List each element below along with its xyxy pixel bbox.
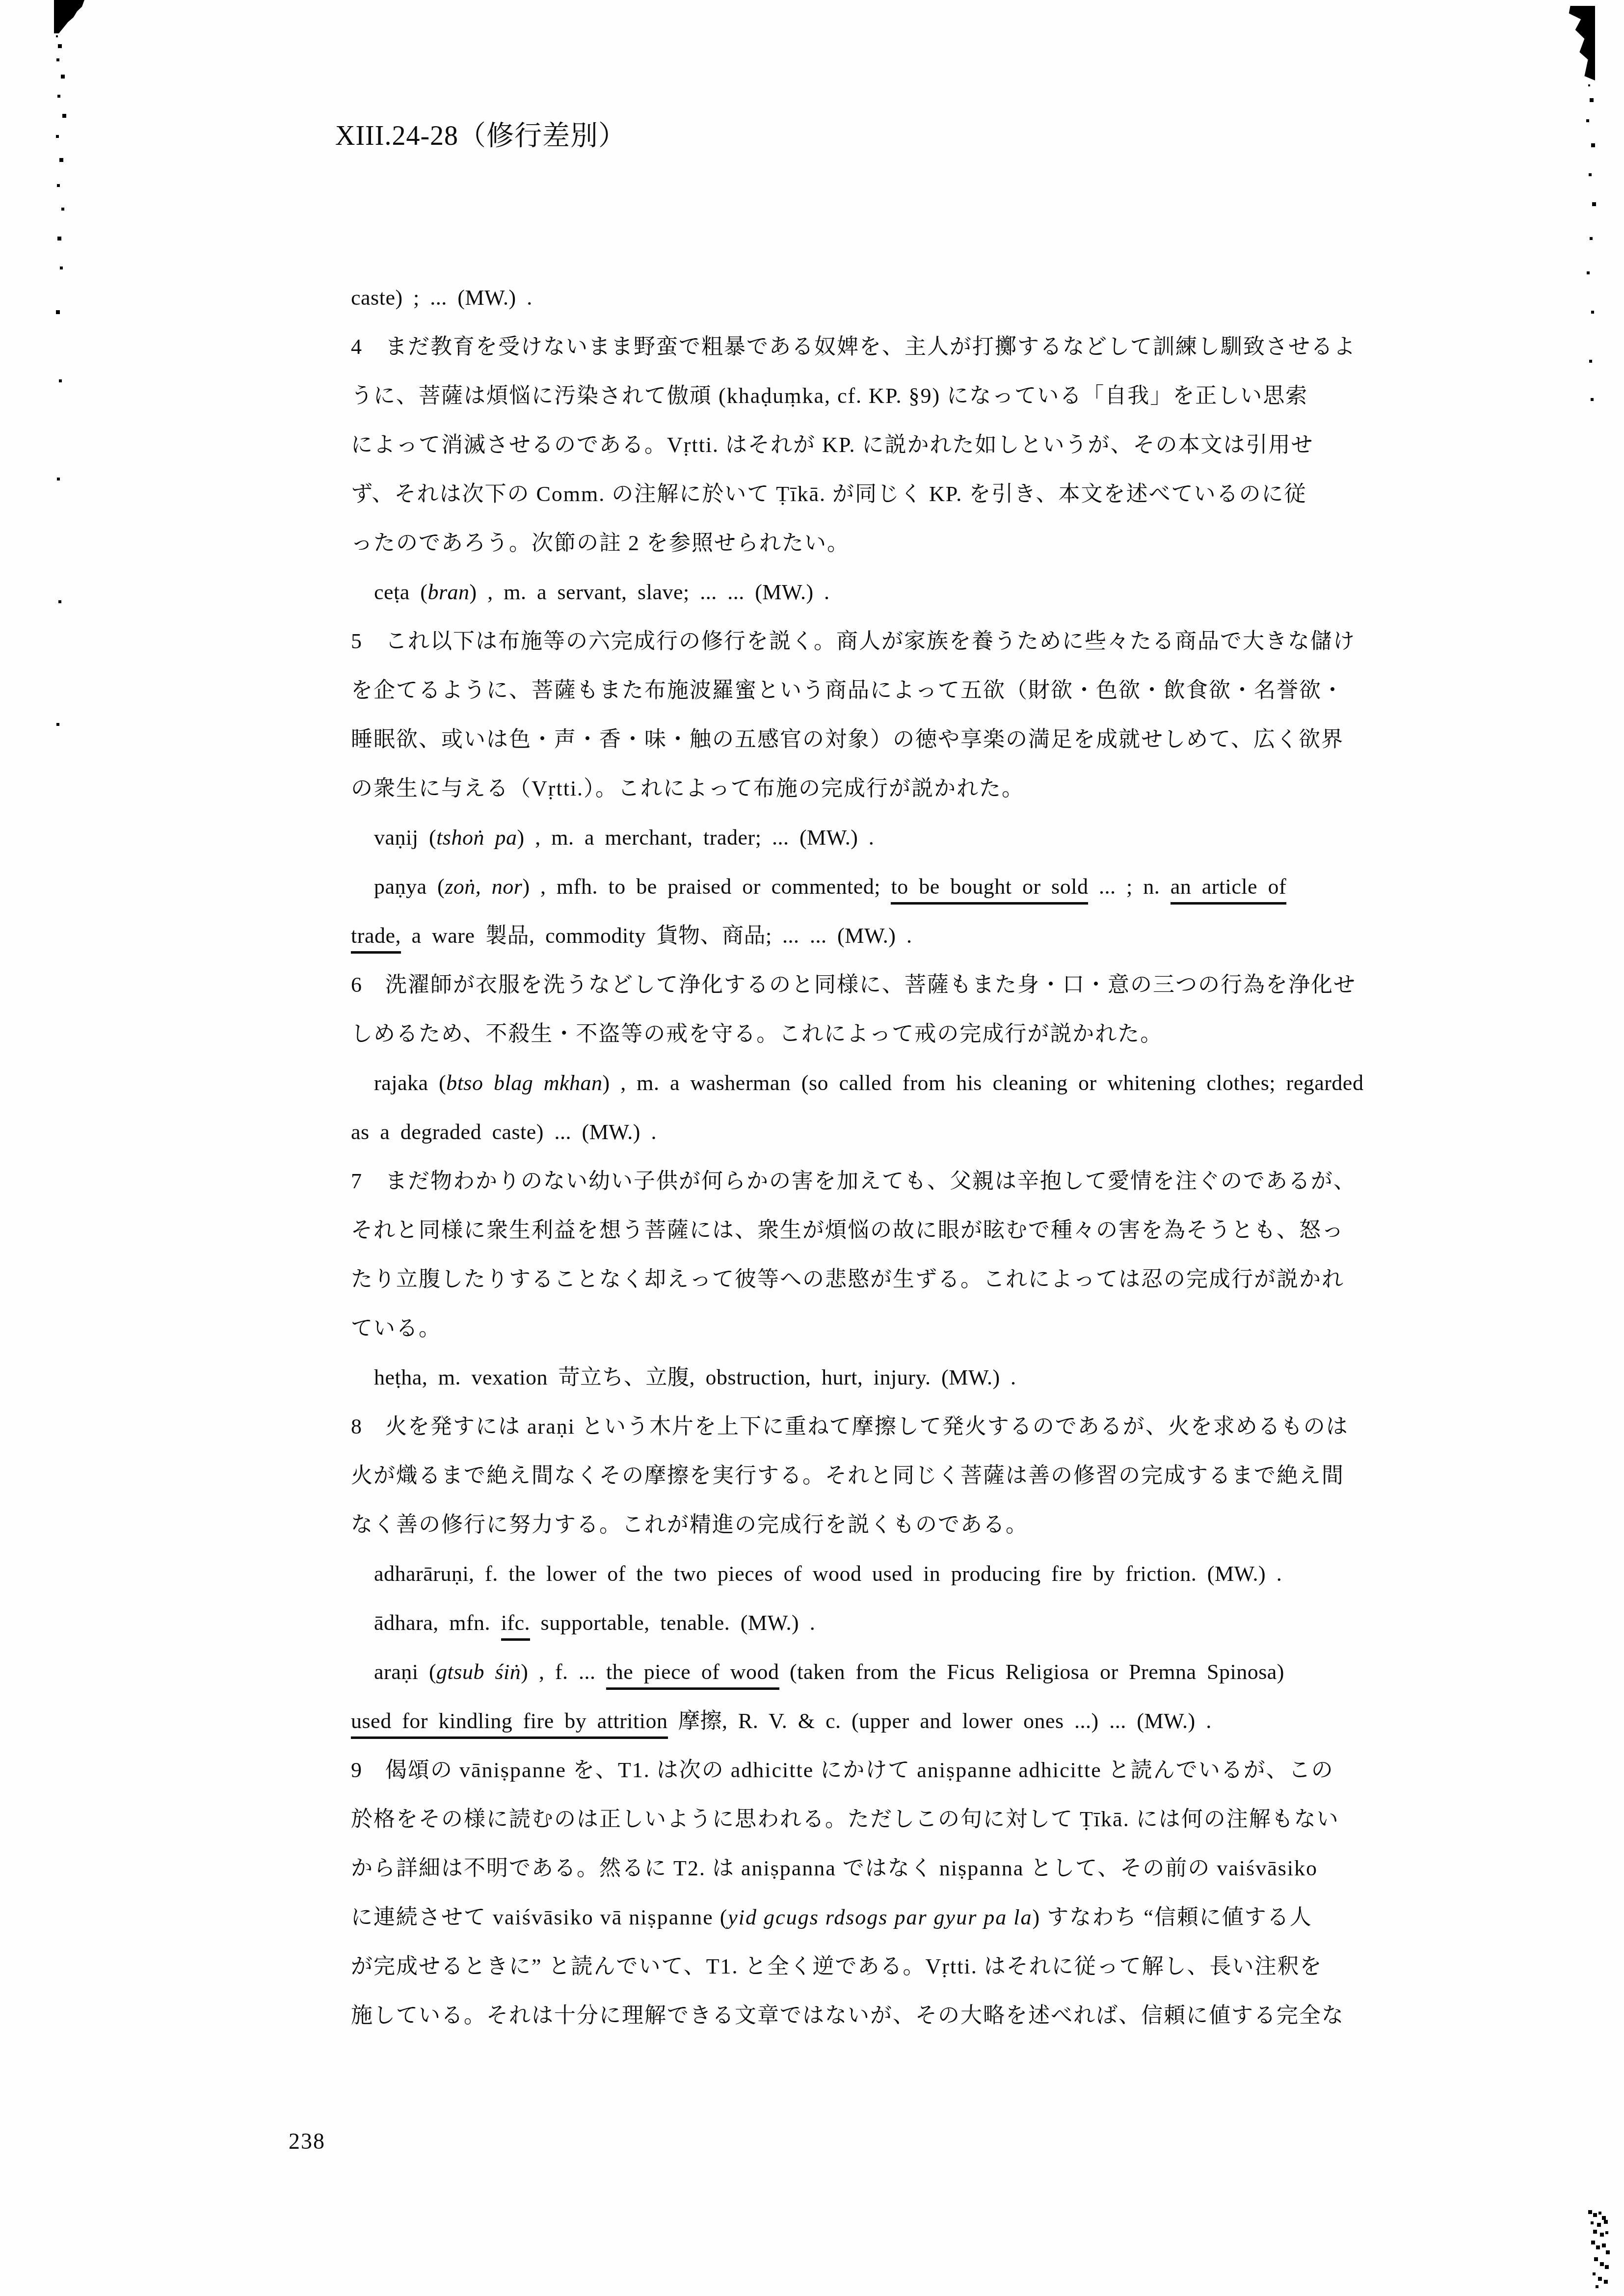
text-segment: heṭha, m. vexation 苛立ち、立腹, obstruction, …	[374, 1365, 1016, 1389]
text-segment: の衆生に与える（Vṛtti.）。これによって布施の完成行が説かれた。	[351, 776, 1024, 801]
scan-speckles-bottom-right	[1589, 2211, 1591, 2213]
text-line: 9 偈頌の vāniṣpanne を、T1. は次の adhicitte にかけ…	[351, 1760, 1334, 1781]
text-line: うに、菩薩は煩悩に汚染されて傲頑 (khaḍuṃka, cf. KP. §9) …	[351, 385, 1308, 407]
text-line: ったのであろう。次節の註 2 を参照せられたい。	[351, 533, 850, 554]
document-page: XIII.24-28（修行差別） caste) ; ... (MW.) .4 ま…	[0, 0, 1624, 2296]
tibetan-transliteration: bran	[427, 580, 469, 604]
text-segment: によって消滅させるのである。Vṛtti. はそれが KP. に説かれた如しという…	[351, 433, 1313, 457]
underlined-term: ifc.	[501, 1611, 530, 1641]
text-line: rajaka (btso blag mkhan) , m. a washerma…	[374, 1072, 1363, 1094]
text-segment: ) , m. a merchant, trader; ... (MW.) .	[517, 826, 875, 850]
text-line: に連続させて vaiśvāsiko vā niṣpanne (yid gcugs…	[351, 1907, 1312, 1928]
text-line: ceṭa (bran) , m. a servant, slave; ... .…	[374, 582, 830, 603]
text-segment: 5 これ以下は布施等の六完成行の修行を説く。商人が家族を養うために些々たる商品で…	[351, 629, 1356, 653]
text-segment: ... ; n.	[1088, 875, 1170, 899]
text-line: araṇi (gtsub śiṅ) , f. ... the piece of …	[374, 1661, 1284, 1683]
text-segment: 9 偈頌の vāniṣpanne を、T1. は次の adhicitte にかけ…	[351, 1758, 1334, 1782]
text-segment: ) , f. ...	[521, 1660, 606, 1684]
underlined-term: to be bought or sold	[891, 875, 1088, 905]
text-line: から詳細は不明である。然るに T2. は aniṣpanna ではなく niṣp…	[351, 1858, 1318, 1879]
text-segment: ず、それは次下の Comm. の注解に於いて Ṭīkā. が同じく KP. を引…	[351, 482, 1307, 506]
text-line: によって消滅させるのである。Vṛtti. はそれが KP. に説かれた如しという…	[351, 434, 1313, 456]
tibetan-transliteration: yid gcugs rdsogs par gyur pa la	[728, 1905, 1032, 1929]
text-segment: paṇya (	[374, 875, 445, 899]
text-line: adharāruṇi, f. the lower of the two piec…	[374, 1563, 1282, 1585]
text-segment: a ware 製品, commodity 貨物、商品; ... ... (MW.…	[401, 924, 912, 948]
text-segment: adharāruṇi, f. the lower of the two piec…	[374, 1562, 1282, 1586]
text-segment: 摩擦, R. V. & c. (upper and lower ones ...…	[668, 1709, 1212, 1733]
text-segment: caste) ; ... (MW.) .	[351, 286, 532, 310]
text-line: vaṇij (tshoṅ pa) , m. a merchant, trader…	[374, 827, 874, 849]
text-segment: (taken from the Ficus Religiosa or Premn…	[779, 1660, 1284, 1684]
text-segment: ) , mfh. to be praised or commented;	[522, 875, 891, 899]
text-segment: 7 まだ物わかりのない幼い子供が何らかの害を加えても、父親は辛抱して愛情を注ぐの…	[351, 1169, 1356, 1193]
text-line: 5 これ以下は布施等の六完成行の修行を説く。商人が家族を養うために些々たる商品で…	[351, 631, 1356, 652]
tibetan-transliteration: btso blag mkhan	[446, 1071, 602, 1095]
text-line: なく善の修行に努力する。これが精進の完成行を説くものである。	[351, 1514, 1028, 1536]
text-line: の衆生に与える（Vṛtti.）。これによって布施の完成行が説かれた。	[351, 778, 1024, 800]
text-line: 8 火を発すには araṇi という木片を上下に重ねて摩擦して発火するのであるが…	[351, 1416, 1349, 1438]
text-line: が完成せるときに” と読んでいて、T1. と全く逆である。Vṛtti. はそれに…	[351, 1956, 1323, 1977]
text-segment: に連続させて vaiśvāsiko vā niṣpanne (	[351, 1905, 728, 1929]
underlined-term: the piece of wood	[606, 1660, 779, 1690]
scan-speckles-right-edge	[1588, 84, 1590, 86]
text-segment: それと同様に衆生利益を想う菩薩には、衆生が煩悩の故に眼が眩むで種々の害を為そうと…	[351, 1218, 1344, 1242]
text-line: たり立腹したりすることなく却えって彼等への悲愍が生ずる。これによっては忍の完成行…	[351, 1269, 1344, 1290]
text-segment: しめるため、不殺生・不盗等の戒を守る。これによって戒の完成行が説かれた。	[351, 1022, 1163, 1046]
text-line: それと同様に衆生利益を想う菩薩には、衆生が煩悩の故に眼が眩むで種々の害を為そうと…	[351, 1220, 1344, 1241]
text-line: ādhara, mfn. ifc. supportable, tenable. …	[374, 1612, 815, 1634]
text-line: ている。	[351, 1318, 441, 1339]
text-segment: から詳細は不明である。然るに T2. は aniṣpanna ではなく niṣp…	[351, 1856, 1318, 1880]
text-line: used for kindling fire by attrition 摩擦, …	[351, 1710, 1212, 1732]
underlined-term: an article of	[1171, 875, 1287, 905]
text-segment: を企てるように、菩薩もまた布施波羅蜜という商品によって五欲（財欲・色欲・飲食欲・…	[351, 678, 1344, 702]
text-segment: ったのであろう。次節の註 2 を参照せられたい。	[351, 531, 850, 555]
text-segment: たり立腹したりすることなく却えって彼等への悲愍が生ずる。これによっては忍の完成行…	[351, 1267, 1344, 1291]
text-line: trade, a ware 製品, commodity 貨物、商品; ... .…	[351, 925, 912, 947]
text-line: 火が熾るまで絶え間なくその摩擦を実行する。それと同じく菩薩は善の修習の完成するま…	[351, 1465, 1344, 1487]
tibetan-transliteration: zoṅ, nor	[445, 875, 522, 899]
text-line: 於格をその様に読むのは正しいように思われる。ただしこの句に対して Ṭīkā. に…	[351, 1809, 1339, 1830]
text-segment: が完成せるときに” と読んでいて、T1. と全く逆である。Vṛtti. はそれに…	[351, 1954, 1323, 1978]
text-line: paṇya (zoṅ, nor) , mfh. to be praised or…	[374, 876, 1286, 898]
text-line: しめるため、不殺生・不盗等の戒を守る。これによって戒の完成行が説かれた。	[351, 1023, 1163, 1045]
text-segment: 6 洗濯師が衣服を洗うなどして浄化するのと同様に、菩薩もまた身・口・意の三つの行…	[351, 973, 1356, 997]
text-segment: 4 まだ教育を受けないまま野蛮で粗暴である奴婢を、主人が打擲するなどして訓練し馴…	[351, 335, 1356, 359]
text-segment: 8 火を発すには araṇi という木片を上下に重ねて摩擦して発火するのであるが…	[351, 1415, 1349, 1439]
text-segment: ādhara, mfn.	[374, 1611, 501, 1635]
scan-artifact-top-right	[1560, 6, 1595, 80]
text-line: を企てるように、菩薩もまた布施波羅蜜という商品によって五欲（財欲・色欲・飲食欲・…	[351, 680, 1344, 701]
page-header: XIII.24-28（修行差別）	[335, 114, 626, 153]
text-segment: 施している。それは十分に理解できる文章ではないが、その大略を述べれば、信頼に値す…	[351, 2003, 1344, 2028]
text-segment: ) すなわち “信頼に値する人	[1033, 1905, 1312, 1929]
page-number: 238	[289, 2128, 325, 2154]
text-segment: うに、菩薩は煩悩に汚染されて傲頑 (khaḍuṃka, cf. KP. §9) …	[351, 384, 1308, 408]
scan-artifact-top-left	[54, 0, 84, 33]
text-segment: なく善の修行に努力する。これが精進の完成行を説くものである。	[351, 1513, 1028, 1537]
text-line: 施している。それは十分に理解できる文章ではないが、その大略を述べれば、信頼に値す…	[351, 2005, 1344, 2027]
text-segment: ている。	[351, 1316, 441, 1340]
text-line: 7 まだ物わかりのない幼い子供が何らかの害を加えても、父親は辛抱して愛情を注ぐの…	[351, 1171, 1356, 1192]
text-segment: 於格をその様に読むのは正しいように思われる。ただしこの句に対して Ṭīkā. に…	[351, 1807, 1339, 1831]
text-segment: ceṭa (	[374, 580, 427, 604]
text-segment: araṇi (	[374, 1660, 436, 1684]
scan-speckles-left-edge	[56, 35, 58, 37]
text-segment: 睡眠欲、或いは色・声・香・味・触の五感官の対象）の徳や享楽の満足を成就せしめて、…	[351, 727, 1344, 751]
text-segment: vaṇij (	[374, 826, 436, 850]
underlined-term: used for kindling fire by attrition	[351, 1709, 668, 1739]
tibetan-transliteration: tshoṅ pa	[436, 826, 517, 850]
tibetan-transliteration: gtsub śiṅ	[436, 1660, 521, 1684]
text-line: 6 洗濯師が衣服を洗うなどして浄化するのと同様に、菩薩もまた身・口・意の三つの行…	[351, 974, 1356, 996]
text-line: 4 まだ教育を受けないまま野蛮で粗暴である奴婢を、主人が打擲するなどして訓練し馴…	[351, 336, 1356, 358]
text-line: ず、それは次下の Comm. の注解に於いて Ṭīkā. が同じく KP. を引…	[351, 483, 1307, 505]
text-line: caste) ; ... (MW.) .	[351, 287, 532, 309]
text-segment: supportable, tenable. (MW.) .	[530, 1611, 815, 1635]
text-segment: 火が熾るまで絶え間なくその摩擦を実行する。それと同じく菩薩は善の修習の完成するま…	[351, 1464, 1344, 1488]
text-segment: rajaka (	[374, 1071, 446, 1095]
text-line: as a degraded caste) ... (MW.) .	[351, 1121, 657, 1143]
text-segment: ) , m. a washerman (so called from his c…	[603, 1071, 1364, 1095]
text-segment: as a degraded caste) ... (MW.) .	[351, 1120, 657, 1144]
text-line: heṭha, m. vexation 苛立ち、立腹, obstruction, …	[374, 1367, 1016, 1388]
underlined-term: trade,	[351, 924, 401, 954]
text-segment: ) , m. a servant, slave; ... ... (MW.) .	[470, 580, 830, 604]
text-line: 睡眠欲、或いは色・声・香・味・触の五感官の対象）の徳や享楽の満足を成就せしめて、…	[351, 729, 1344, 750]
